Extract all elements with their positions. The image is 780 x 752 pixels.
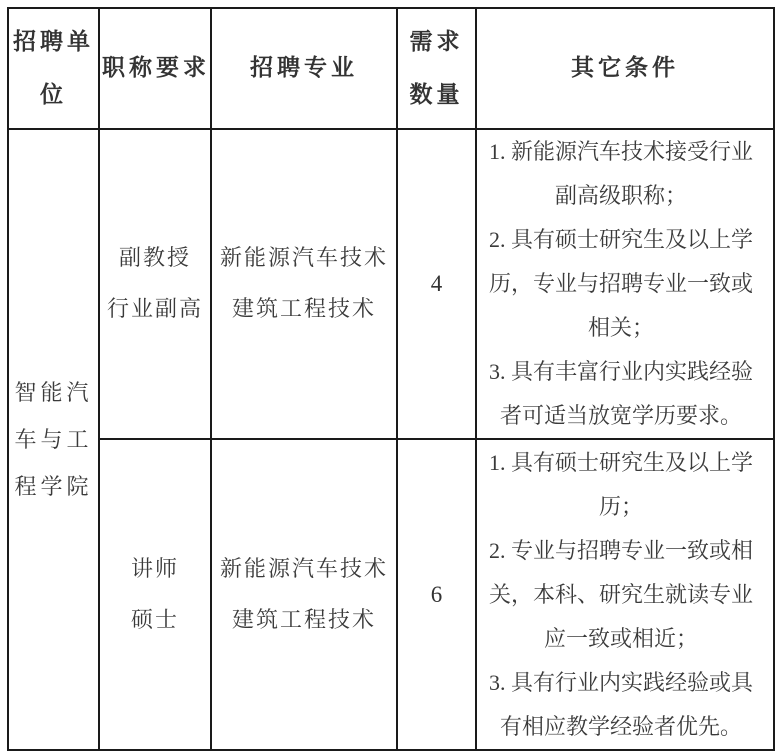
title-requirement-line: 讲师: [101, 544, 209, 595]
title-requirement-lines: 副教授 行业副高: [101, 233, 209, 334]
header-recruiting-unit: 招聘单位: [8, 8, 99, 129]
cell-other-conditions: 1. 具有硕士研究生及以上学历； 2. 专业与招聘专业一致或相关，本科、研究生就…: [476, 439, 774, 750]
table-row-lecturer: 讲师 硕士 新能源汽车技术 建筑工程技术 6 1. 具有硕士研究生及以上学历； …: [8, 439, 774, 750]
cell-title-requirement: 副教授 行业副高: [99, 129, 211, 439]
major-lines: 新能源汽车技术 建筑工程技术: [213, 544, 395, 645]
header-recruiting-unit-label: 招聘单位: [13, 16, 95, 122]
cell-other-conditions: 1. 新能源汽车技术接受行业副高级职称； 2. 具有硕士研究生及以上学历，专业与…: [476, 129, 774, 439]
cell-recruiting-unit: 智能汽车与工程学院: [8, 129, 99, 750]
header-title-requirement: 职称要求: [99, 8, 211, 129]
recruitment-table: 招聘单位 职称要求 招聘专业 需求数量 其它条件 智能汽车与工程学院 副教授 行…: [7, 7, 775, 751]
major-item: 建筑工程技术: [213, 595, 395, 646]
header-major: 招聘专业: [211, 8, 397, 129]
header-required-count-label: 需求数量: [406, 16, 468, 122]
table-row-associate-professor: 智能汽车与工程学院 副教授 行业副高 新能源汽车技术 建筑工程技术 4: [8, 129, 774, 439]
header-other-conditions: 其它条件: [476, 8, 774, 129]
title-requirement-lines: 讲师 硕士: [101, 544, 209, 645]
cell-majors: 新能源汽车技术 建筑工程技术: [211, 439, 397, 750]
title-requirement-line: 行业副高: [101, 284, 209, 335]
major-item: 新能源汽车技术: [213, 233, 395, 284]
condition-item: 1. 具有硕士研究生及以上学历；: [483, 441, 759, 529]
condition-item: 1. 新能源汽车技术接受行业副高级职称；: [483, 130, 759, 218]
recruiting-unit-name: 智能汽车与工程学院: [14, 369, 94, 511]
title-requirement-line: 副教授: [101, 233, 209, 284]
cell-required-count: 4: [397, 129, 476, 439]
title-requirement-line: 硕士: [101, 595, 209, 646]
cell-required-count: 6: [397, 439, 476, 750]
cell-title-requirement: 讲师 硕士: [99, 439, 211, 750]
major-item: 建筑工程技术: [213, 284, 395, 335]
recruitment-notice-page: 招聘单位 职称要求 招聘专业 需求数量 其它条件 智能汽车与工程学院 副教授 行…: [0, 0, 780, 752]
major-lines: 新能源汽车技术 建筑工程技术: [213, 233, 395, 334]
condition-item: 2. 专业与招聘专业一致或相关，本科、研究生就读专业应一致或相近；: [483, 529, 759, 661]
condition-item: 3. 具有丰富行业内实践经验者可适当放宽学历要求。: [483, 350, 759, 438]
major-item: 新能源汽车技术: [213, 544, 395, 595]
condition-item: 2. 具有硕士研究生及以上学历，专业与招聘专业一致或相关；: [483, 218, 759, 350]
cell-majors: 新能源汽车技术 建筑工程技术: [211, 129, 397, 439]
table-header-row: 招聘单位 职称要求 招聘专业 需求数量 其它条件: [8, 8, 774, 129]
header-required-count: 需求数量: [397, 8, 476, 129]
condition-item: 3. 具有行业内实践经验或具有相应教学经验者优先。: [483, 661, 759, 749]
